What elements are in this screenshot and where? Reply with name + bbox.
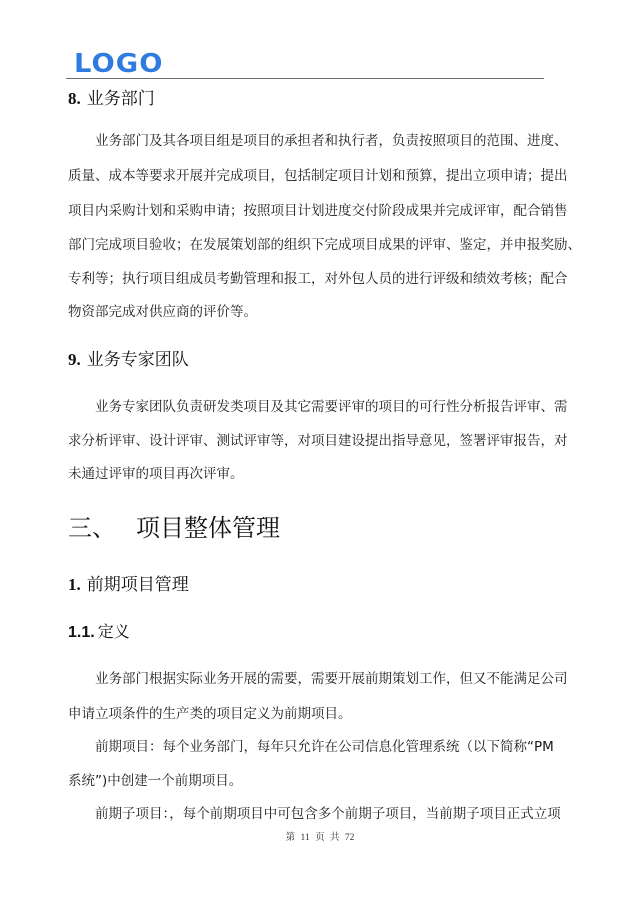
section-heading-1: 1.前期项目管理 xyxy=(68,576,189,594)
document-page: LOGO 8.业务部门 业务部门及其各项目组是项目的承担者和执行者，负责按照项目… xyxy=(0,0,640,906)
subsection-heading-1-1: 1.1.定义 xyxy=(68,624,130,641)
text-line: 申请立项条件的生产类的项目定义为前期项目。 xyxy=(68,708,546,722)
chapter-heading: 三、项目整体管理 xyxy=(68,516,280,540)
text-line: 业务专家团队负责研发类项目及其它需要评审的项目的可行性分析报告评审、需 xyxy=(95,401,546,415)
chapter-title: 项目整体管理 xyxy=(136,514,280,542)
chapter-number: 三、 xyxy=(68,516,136,540)
text-line: 前期子项目：，每个前期项目中可包含多个前期子项目，当前期子项目正式立项 xyxy=(95,808,546,822)
page-number-footer: 第 11 页 共 72 xyxy=(0,829,640,843)
section-number: 1. xyxy=(68,575,81,594)
text-line: 部门完成项目验收；在发展策划部的组织下完成项目成果的评审、鉴定，并申报奖励、 xyxy=(68,239,546,253)
text-line: 系统”)中创建一个前期项目。 xyxy=(68,775,546,789)
section-title: 业务部门 xyxy=(87,89,155,109)
subsection-title: 定义 xyxy=(98,622,130,641)
section-number: 8. xyxy=(68,89,81,108)
logo: LOGO xyxy=(74,51,163,77)
section-heading-9: 9.业务专家团队 xyxy=(68,351,189,369)
section-title: 前期项目管理 xyxy=(87,575,189,595)
section-number: 9. xyxy=(68,350,81,369)
text-line: 业务部门根据实际业务开展的需要，需要开展前期策划工作，但又不能满足公司 xyxy=(95,673,546,687)
text-line: 项目内采购计划和采购申请；按照项目计划进度交付阶段成果并完成评审，配合销售 xyxy=(68,205,546,219)
subsection-number: 1.1. xyxy=(68,624,95,641)
section-title: 业务专家团队 xyxy=(87,350,189,370)
text-line: 前期项目：每个业务部门，每年只允许在公司信息化管理系统（以下简称“PM xyxy=(95,741,546,755)
text-line: 质量、成本等要求开展并完成项目，包括制定项目计划和预算，提出立项申请；提出 xyxy=(68,170,546,184)
text-line: 物资部完成对供应商的评价等。 xyxy=(68,306,546,320)
section-heading-8: 8.业务部门 xyxy=(68,90,155,108)
header-divider xyxy=(66,78,544,79)
text-line: 求分析评审、设计评审、测试评审等，对项目建设提出指导意见，签署评审报告，对 xyxy=(68,435,546,449)
text-line: 专利等；执行项目组成员考勤管理和报工，对外包人员的进行评级和绩效考核；配合 xyxy=(68,273,546,287)
text-line: 未通过评审的项目再次评审。 xyxy=(68,468,546,482)
text-line: 业务部门及其各项目组是项目的承担者和执行者，负责按照项目的范围、进度、 xyxy=(95,135,546,149)
